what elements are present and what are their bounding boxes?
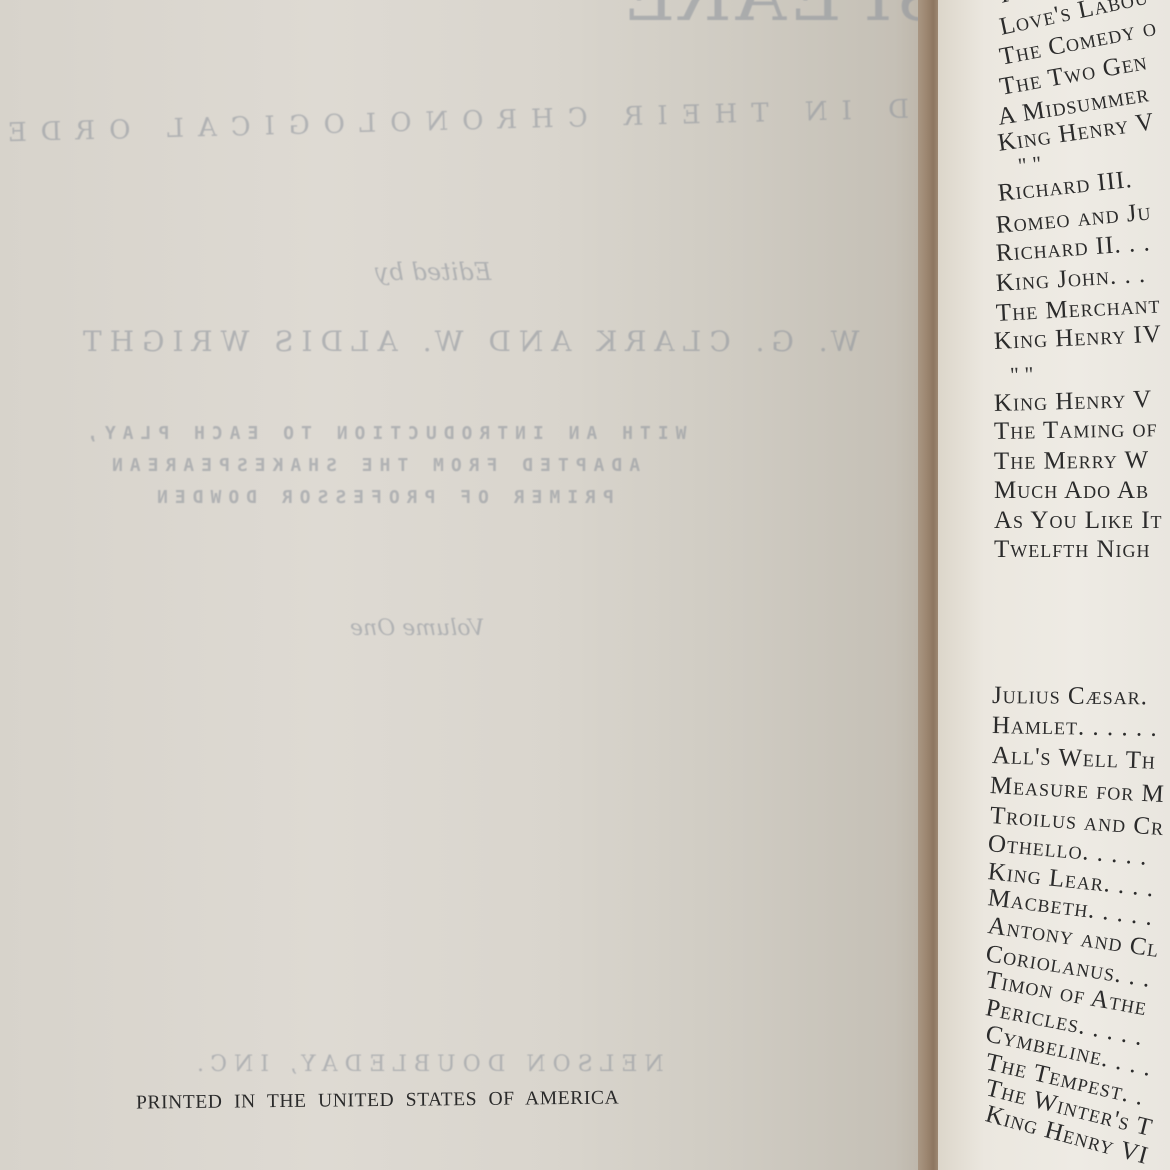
contents-entry: King Henry V [994, 386, 1153, 418]
contents-entry: Twelfth Nigh [994, 536, 1151, 564]
ditto-mark: " " [1010, 362, 1034, 389]
right-page-contents: KingLove's LabouThe Comedy oThe Two GenA… [938, 0, 1170, 1170]
bleed-through-edited-by: Edited by [375, 258, 491, 286]
bleed-through-editors: W. G. CLARK AND W. ALDIS WRIGHT [75, 325, 860, 358]
bleed-through-intro-line: WITH AN INTRODUCTION TO EACH PLAY, [80, 423, 686, 444]
contents-entry: The Taming of [994, 415, 1158, 446]
bleed-through-publisher: NELSON DOUBLEDAY, INC. [190, 1052, 664, 1077]
contents-entry: As You Like It [994, 507, 1163, 535]
contents-entry: Much Ado Ab [994, 477, 1149, 505]
ditto-mark: " " [1017, 151, 1043, 179]
bleed-through-intro-line: PRIMER OF PROFESSOR DOWDEN [150, 487, 614, 508]
bleed-through-intro-line: ADAPTED FROM THE SHAKESPEAREAN [105, 455, 640, 476]
contents-entry: Hamlet. . . . . . [992, 712, 1158, 743]
contents-entry: All's Well Th [992, 742, 1157, 776]
bleed-through-arranged: ARRANGED IN THEIR CHRONOLOGICAL ORDER [0, 88, 922, 149]
book-gutter [918, 0, 940, 1170]
bleed-through-title: SPEARE [620, 0, 922, 37]
left-page: SPEARE ARRANGED IN THEIR CHRONOLOGICAL O… [0, 0, 922, 1170]
imprint-line: PRINTED IN THE UNITED STATES OF AMERICA [136, 1087, 619, 1114]
bleed-through-volume: Volume One [350, 616, 484, 641]
contents-list: KingLove's LabouThe Comedy oThe Two GenA… [938, 0, 1170, 1170]
contents-entry: Julius Cæsar. [992, 682, 1148, 711]
contents-entry: King Henry IV [993, 321, 1162, 356]
contents-entry: The Merry W [994, 447, 1149, 476]
